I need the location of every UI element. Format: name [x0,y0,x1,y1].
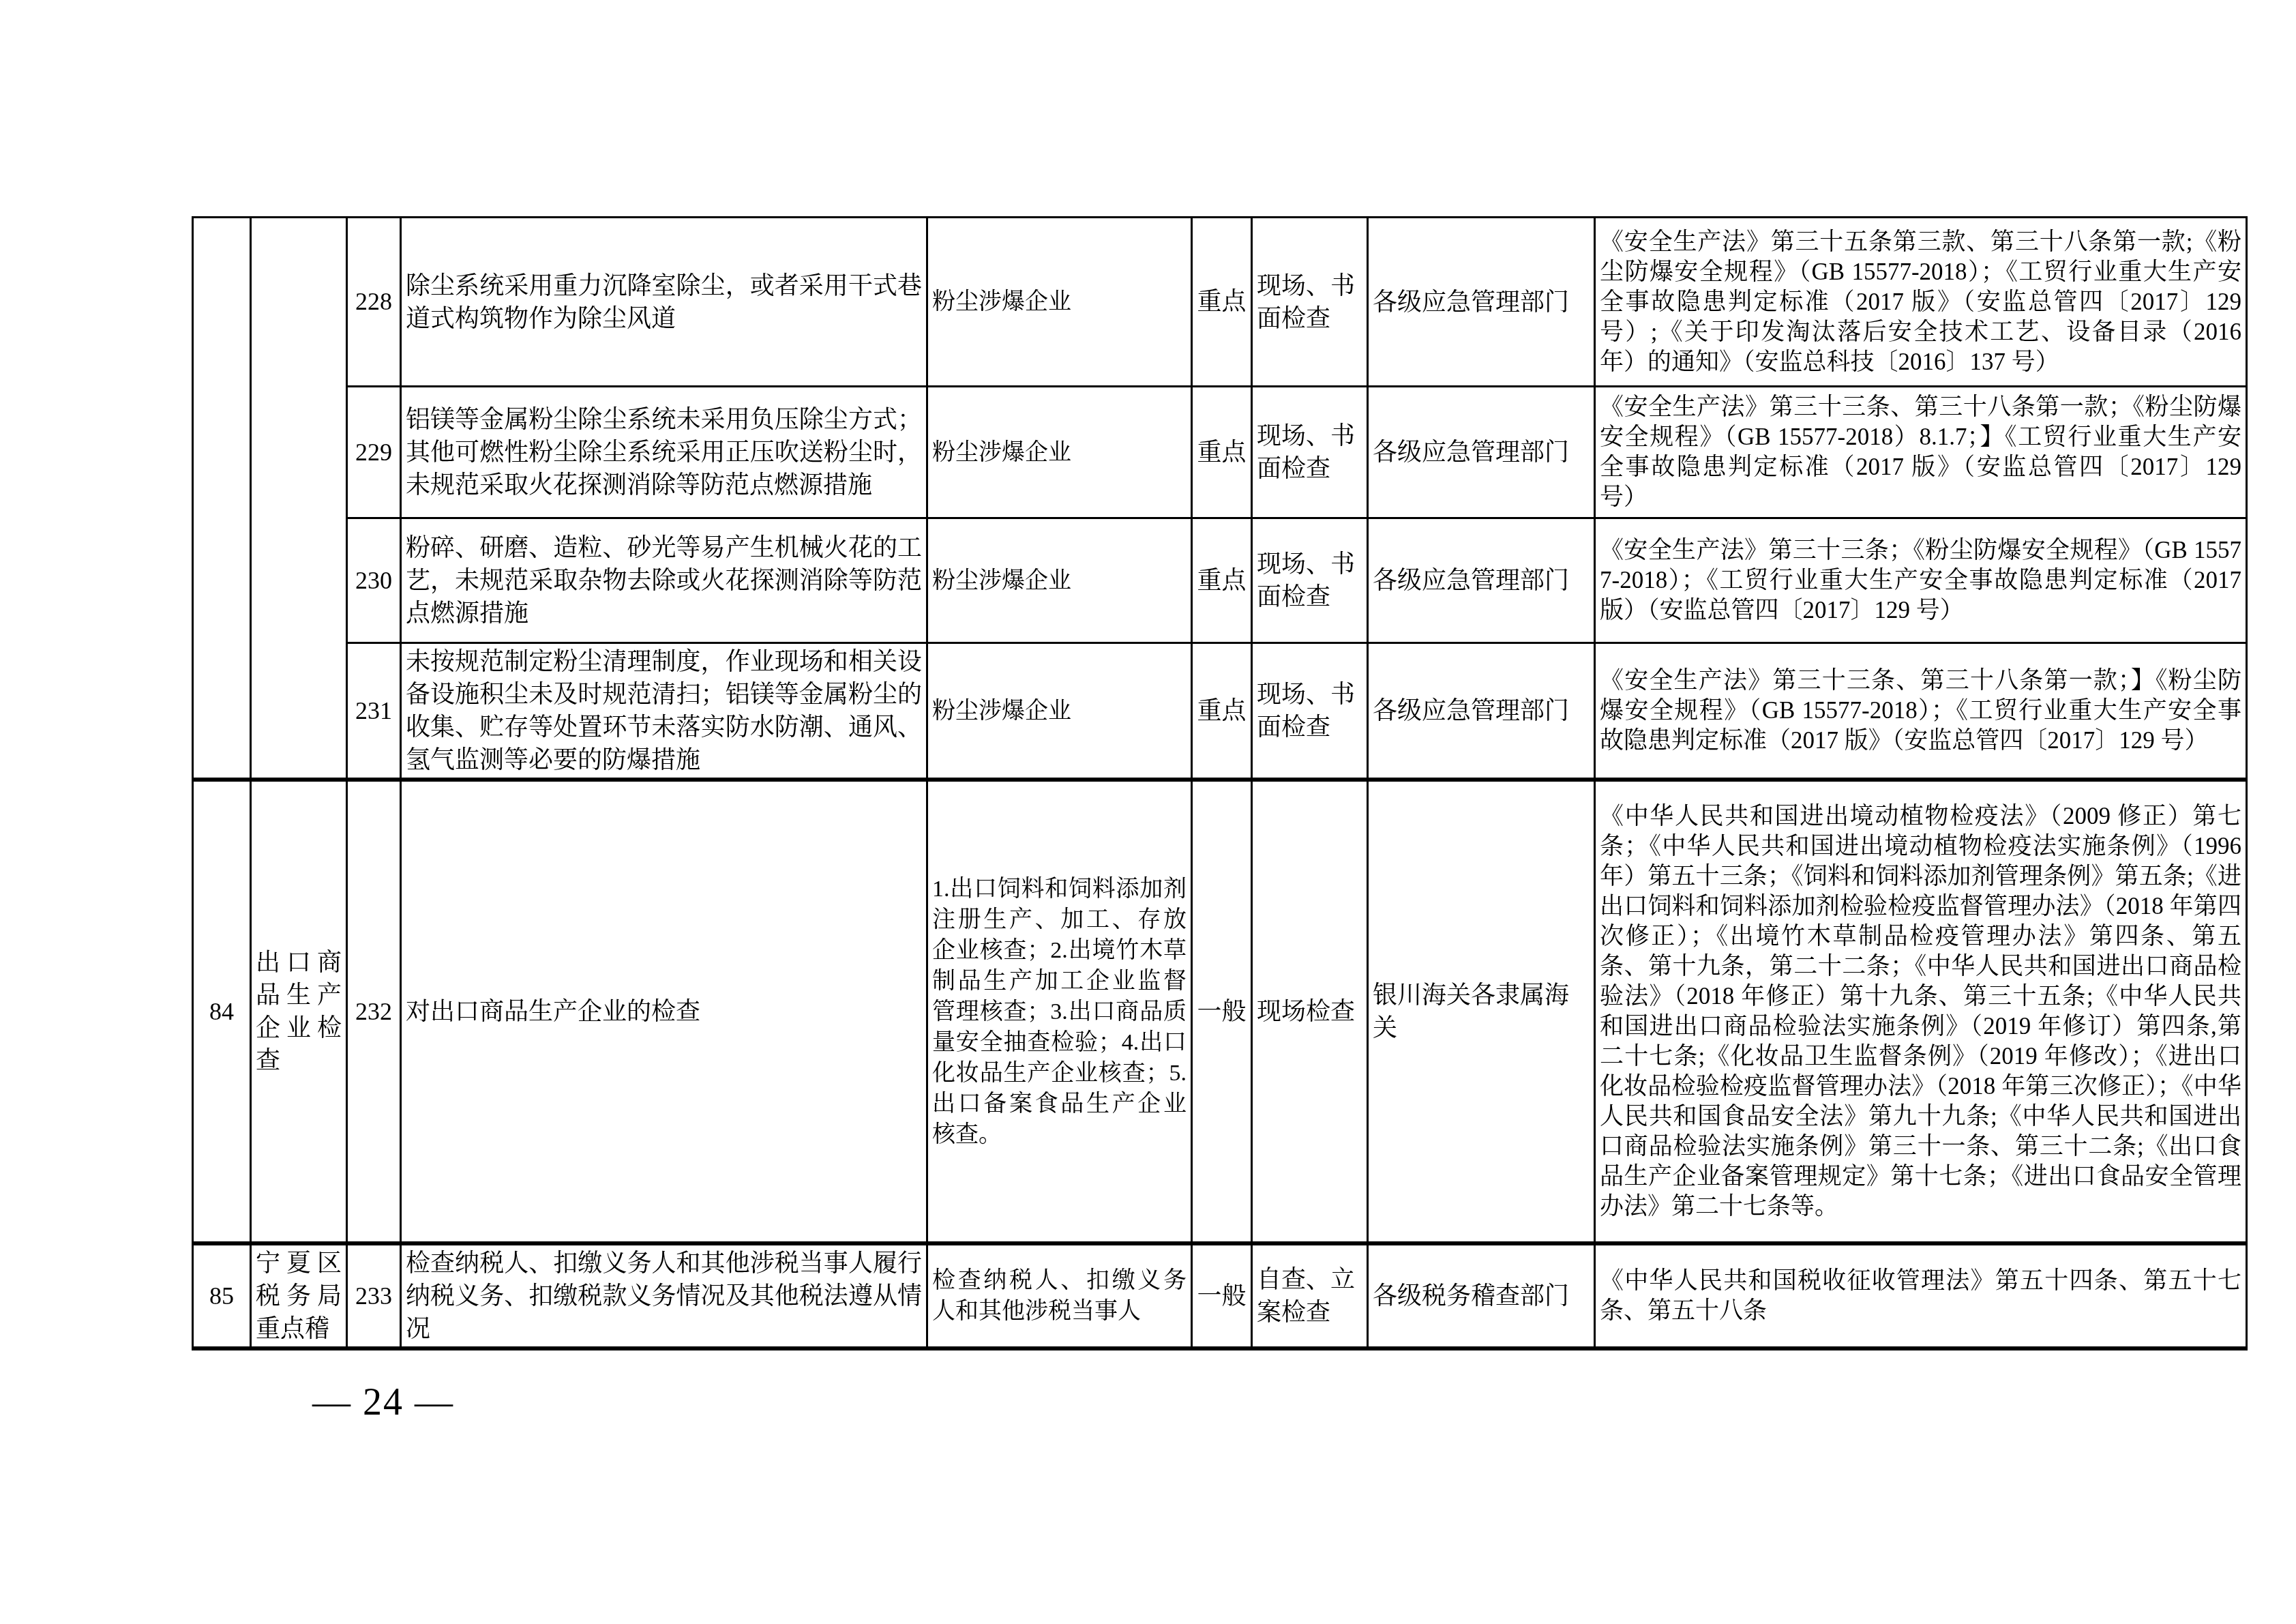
cell-item-no: 228 [347,218,401,387]
cell-seq: 84 [193,780,251,1243]
cell-basis: 《安全生产法》第三十三条、第三十八条第一款；《粉尘防爆安全规程》（GB 1557… [1595,387,2247,518]
cell-level: 重点 [1192,218,1252,387]
cell-department: 各级应急管理部门 [1368,387,1595,518]
cell-basis: 《安全生产法》第三十五条第三款、第三十八条第一款;《粉尘防爆安全规程》（GB 1… [1595,218,2247,387]
cell-method: 自查、立案检查 [1252,1243,1368,1348]
cell-department: 各级税务稽查部门 [1368,1243,1595,1348]
cell-department: 各级应急管理部门 [1368,643,1595,780]
table-row: 84 出口商品生产企业检查 232 对出口商品生产企业的检查 1.出口饲料和饲料… [193,780,2247,1243]
cell-basis: 《安全生产法》第三十三条；《粉尘防爆安全规程》（GB 15577-2018）；《… [1595,518,2247,643]
table-row: 228 除尘系统采用重力沉降室除尘，或者采用干式巷道式构筑物作为除尘风道 粉尘涉… [193,218,2247,387]
cell-method: 现场、书面检查 [1252,518,1368,643]
cell-level: 一般 [1192,1243,1252,1348]
cell-target: 粉尘涉爆企业 [927,518,1192,643]
cell-target: 粉尘涉爆企业 [927,643,1192,780]
cell-department: 各级应急管理部门 [1368,218,1595,387]
cell-item-no: 231 [347,643,401,780]
cell-level: 重点 [1192,387,1252,518]
cell-target: 1.出口饲料和饲料添加剂注册生产、加工、存放企业核查；2.出境竹木草制品生产加工… [927,780,1192,1243]
cell-basis: 《安全生产法》第三十三条、第三十八条第一款；】《粉尘防爆安全规程》（GB 155… [1595,643,2247,780]
cell-item: 未按规范制定粉尘清理制度，作业现场和相关设备设施积尘未及时规范清扫；铝镁等金属粉… [401,643,927,780]
cell-seq [193,218,251,780]
cell-target: 检查纳税人、扣缴义务人和其他涉税当事人 [927,1243,1192,1348]
page-number: — 24 — [312,1381,454,1424]
cell-item: 除尘系统采用重力沉降室除尘，或者采用干式巷道式构筑物作为除尘风道 [401,218,927,387]
cell-method: 现场、书面检查 [1252,387,1368,518]
cell-category [251,218,347,780]
cell-item: 铝镁等金属粉尘除尘系统未采用负压除尘方式；其他可燃性粉尘除尘系统采用正压吹送粉尘… [401,387,927,518]
inspection-table: 228 除尘系统采用重力沉降室除尘，或者采用干式巷道式构筑物作为除尘风道 粉尘涉… [192,216,2248,1350]
cell-basis: 《中华人民共和国税收征收管理法》第五十四条、第五十七条、第五十八条 [1595,1243,2247,1348]
cell-item-no: 232 [347,780,401,1243]
cell-seq: 85 [193,1243,251,1348]
table-row: 230 粉碎、研磨、造粒、砂光等易产生机械火花的工艺，未规范采取杂物去除或火花探… [193,518,2247,643]
cell-item-no: 230 [347,518,401,643]
cell-target: 粉尘涉爆企业 [927,218,1192,387]
cell-item-no: 229 [347,387,401,518]
document-page: 228 除尘系统采用重力沉降室除尘，或者采用干式巷道式构筑物作为除尘风道 粉尘涉… [0,0,2296,1624]
table-row: 85 宁夏区税务局重点稽 233 检查纳税人、扣缴义务人和其他涉税当事人履行纳税… [193,1243,2247,1348]
cell-category: 宁夏区税务局重点稽 [251,1243,347,1348]
cell-item-no: 233 [347,1243,401,1348]
cell-item: 检查纳税人、扣缴义务人和其他涉税当事人履行纳税义务、扣缴税款义务情况及其他税法遵… [401,1243,927,1348]
cell-method: 现场、书面检查 [1252,643,1368,780]
cell-department: 各级应急管理部门 [1368,518,1595,643]
cell-method: 现场检查 [1252,780,1368,1243]
table-row: 229 铝镁等金属粉尘除尘系统未采用负压除尘方式；其他可燃性粉尘除尘系统采用正压… [193,387,2247,518]
cell-level: 重点 [1192,643,1252,780]
cell-level: 重点 [1192,518,1252,643]
table-row: 231 未按规范制定粉尘清理制度，作业现场和相关设备设施积尘未及时规范清扫；铝镁… [193,643,2247,780]
cell-department: 银川海关各隶属海关 [1368,780,1595,1243]
cell-level: 一般 [1192,780,1252,1243]
cell-category: 出口商品生产企业检查 [251,780,347,1243]
cell-basis: 《中华人民共和国进出境动植物检疫法》（2009 修正）第七条；《中华人民共和国进… [1595,780,2247,1243]
cell-item: 粉碎、研磨、造粒、砂光等易产生机械火花的工艺，未规范采取杂物去除或火花探测消除等… [401,518,927,643]
cell-target: 粉尘涉爆企业 [927,387,1192,518]
cell-method: 现场、书面检查 [1252,218,1368,387]
cell-item: 对出口商品生产企业的检查 [401,780,927,1243]
